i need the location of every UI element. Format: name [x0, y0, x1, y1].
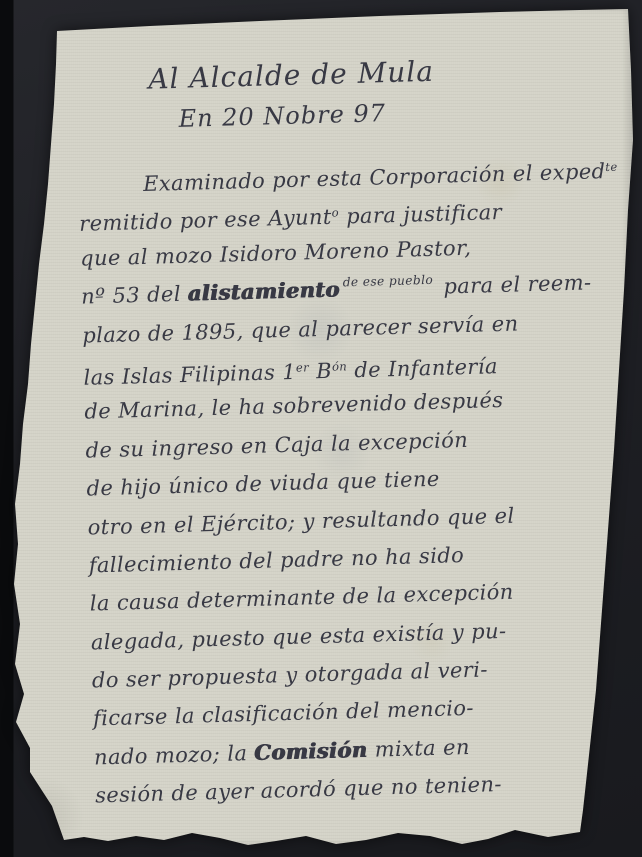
text-segment: nº 53 del: [81, 282, 188, 309]
document-paper: Al Alcalde de Mula En 20 Nobre 97 Examin…: [0, 0, 642, 857]
text-segment: Comisión: [254, 737, 368, 765]
text-segment: mixta en: [367, 735, 470, 762]
text-segment: ficarse la clasificación del mencio-: [93, 696, 474, 731]
text-segment: er: [296, 360, 310, 374]
text-segment: alistamiento: [188, 277, 341, 306]
text-segment: B: [309, 359, 333, 384]
text-segment: para justificar: [339, 200, 503, 229]
heading-date: En 20 Nobre 97: [111, 97, 454, 135]
text-segment: nado mozo; la: [94, 741, 255, 769]
heading-addressee: Al Alcalde de Mula: [50, 52, 533, 98]
text-segment: para el reem-: [436, 271, 592, 299]
text-segment: do ser propuesta y otorgada al veri-: [92, 658, 488, 693]
text-segment: fallecimiento del padre no ha sido: [88, 543, 464, 577]
text-segment: de Infantería: [347, 354, 498, 382]
text-segment: otro en el Ejército; y resultando que el: [87, 503, 515, 539]
scan-background: Al Alcalde de Mula En 20 Nobre 97 Examin…: [0, 0, 642, 857]
text-segment: ón: [332, 359, 348, 373]
interlinear-insertion: de ese pueblo: [342, 261, 433, 302]
manuscript-content: Al Alcalde de Mula En 20 Nobre 97 Examin…: [0, 0, 642, 817]
paper-shadow-wrap: Al Alcalde de Mula En 20 Nobre 97 Examin…: [0, 0, 642, 857]
text-segment: de su ingreso en Caja la excepción: [85, 428, 468, 463]
text-segment: sesión de ayer acordó que no tenien-: [95, 772, 502, 807]
text-segment: la causa determinante de la excepción: [89, 580, 514, 616]
text-segment: de hijo único de viuda que tiene: [86, 467, 440, 501]
text-segment: alegada, puesto que esta existía y pu-: [91, 619, 507, 655]
text-segment: remitido por ese Ayunt: [79, 205, 332, 236]
text-segment: te: [605, 160, 618, 174]
text-segment: las Islas Filipinas 1: [83, 360, 296, 390]
manuscript-body: Examinado por esta Corporación el expedt…: [0, 147, 642, 817]
text-segment: plazo de 1895, que al parecer servía en: [82, 311, 519, 347]
text-segment: de Marina, le ha sobrevenido después: [84, 388, 504, 424]
